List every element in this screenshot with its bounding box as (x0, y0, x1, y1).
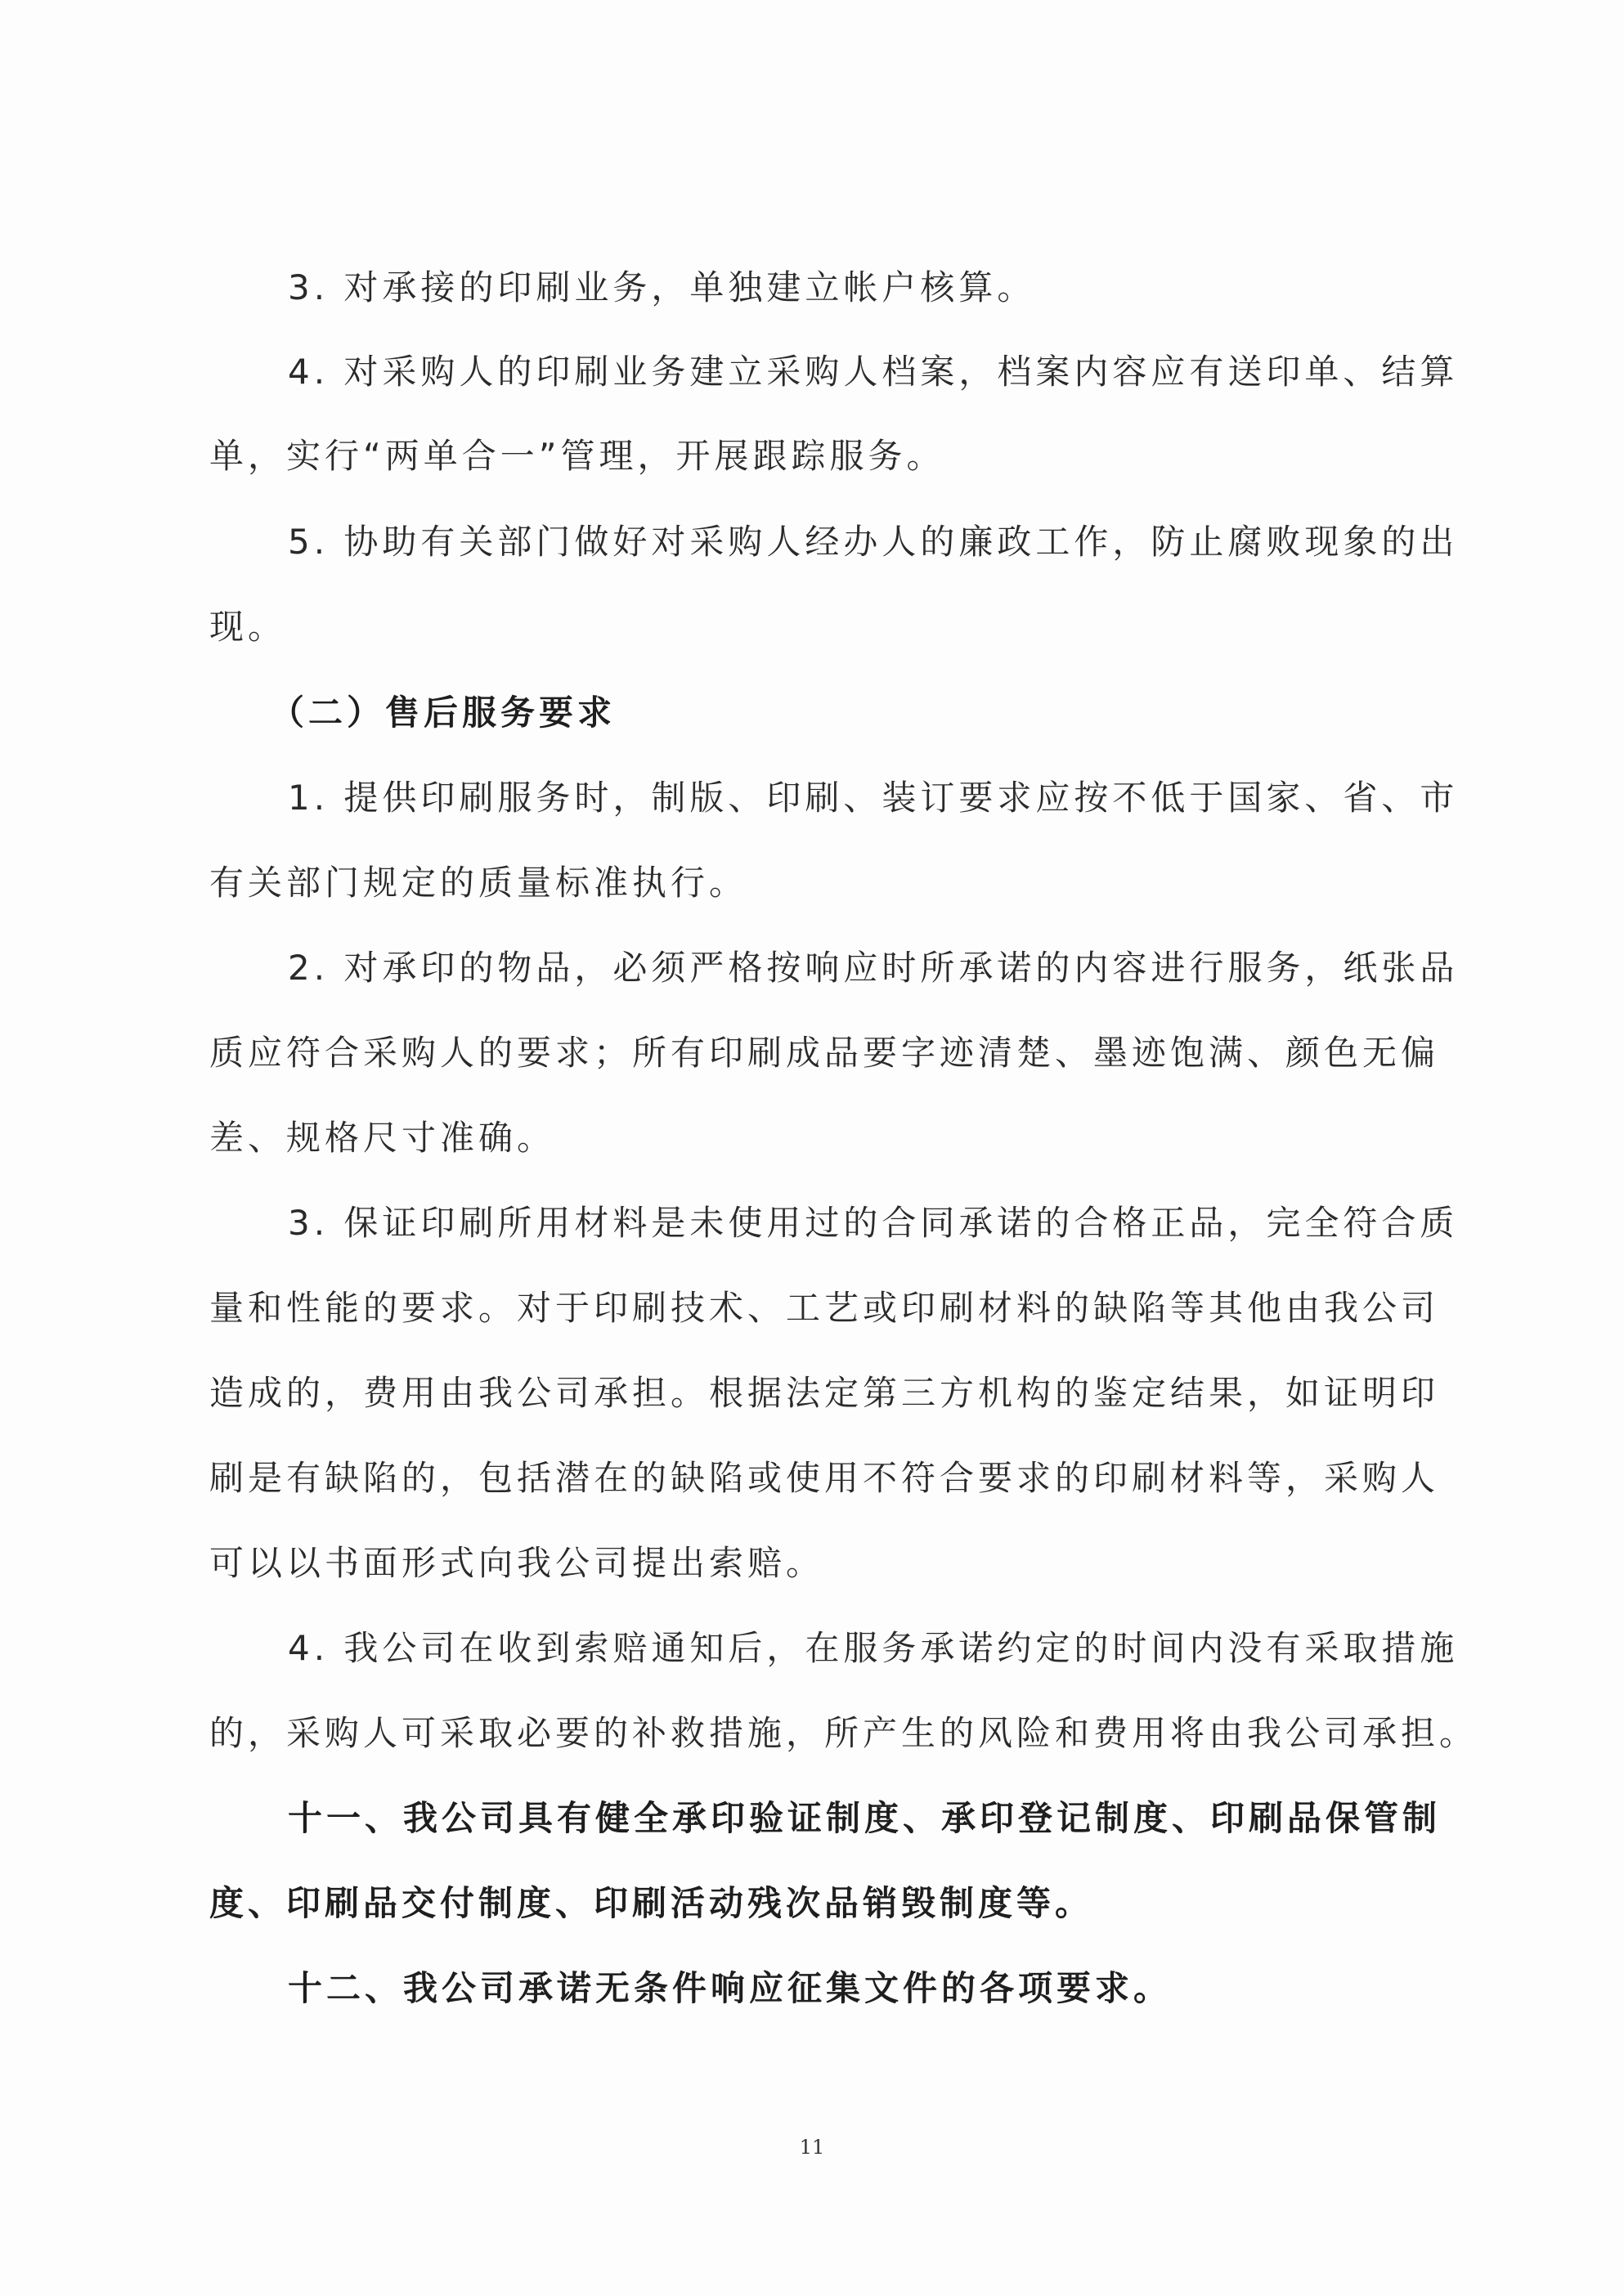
paragraph-service-2-cont1: 质应符合采购人的要求；所有印刷成品要字迹清楚、墨迹饱满、颜色无偏 (209, 1029, 1436, 1078)
paragraph-service-3: 3. 保证印刷所用材料是未使用过的合同承诺的合格正品，完全符合质 (288, 1199, 1514, 1248)
paragraph-service-2-cont2: 差、规格尺寸准确。 (209, 1114, 1436, 1163)
paragraph-item-5-cont: 现。 (209, 603, 1436, 652)
paragraph-service-1: 1. 提供印刷服务时，制版、印刷、装订要求应按不低于国家、省、市 (288, 774, 1514, 823)
document-page: 3. 对承接的印刷业务，单独建立帐户核算。 4. 对采购人的印刷业务建立采购人档… (0, 0, 1624, 2296)
paragraph-service-3-cont2: 造成的，费用由我公司承担。根据法定第三方机构的鉴定结果，如证明印 (209, 1369, 1436, 1418)
paragraph-item-4-cont: 单，实行“两单合一”管理，开展跟踪服务。 (209, 432, 1436, 481)
paragraph-service-2: 2. 对承印的物品，必须严格按响应时所承诺的内容进行服务，纸张品 (288, 944, 1514, 993)
paragraph-service-4-cont: 的，采购人可采取必要的补救措施，所产生的风险和费用将由我公司承担。 (209, 1709, 1436, 1758)
paragraph-item-4: 4. 对采购人的印刷业务建立采购人档案，档案内容应有送印单、结算 (288, 348, 1514, 397)
paragraph-service-3-cont1: 量和性能的要求。对于印刷技术、工艺或印刷材料的缺陷等其他由我公司 (209, 1284, 1436, 1333)
paragraph-item-5: 5. 协助有关部门做好对采购人经办人的廉政工作，防止腐败现象的出 (288, 518, 1514, 567)
paragraph-service-3-cont3: 刷是有缺陷的，包括潜在的缺陷或使用不符合要求的印刷材料等，采购人 (209, 1454, 1436, 1503)
clause-eleven: 十一、我公司具有健全承印验证制度、承印登记制度、印刷品保管制 (288, 1794, 1514, 1843)
paragraph-service-1-cont: 有关部门规定的质量标准执行。 (209, 859, 1436, 908)
clause-eleven-cont: 度、印刷品交付制度、印刷活动残次品销毁制度等。 (209, 1879, 1436, 1928)
page-number: 11 (0, 2136, 1624, 2159)
paragraph-service-3-cont4: 可以以书面形式向我公司提出索赔。 (209, 1539, 1436, 1588)
section-heading: （二）售后服务要求 (270, 688, 1496, 738)
clause-twelve: 十二、我公司承诺无条件响应征集文件的各项要求。 (288, 1964, 1514, 2013)
paragraph-item-3: 3. 对承接的印刷业务，单独建立帐户核算。 (288, 263, 1514, 312)
paragraph-service-4: 4. 我公司在收到索赔通知后，在服务承诺约定的时间内没有采取措施 (288, 1624, 1514, 1673)
